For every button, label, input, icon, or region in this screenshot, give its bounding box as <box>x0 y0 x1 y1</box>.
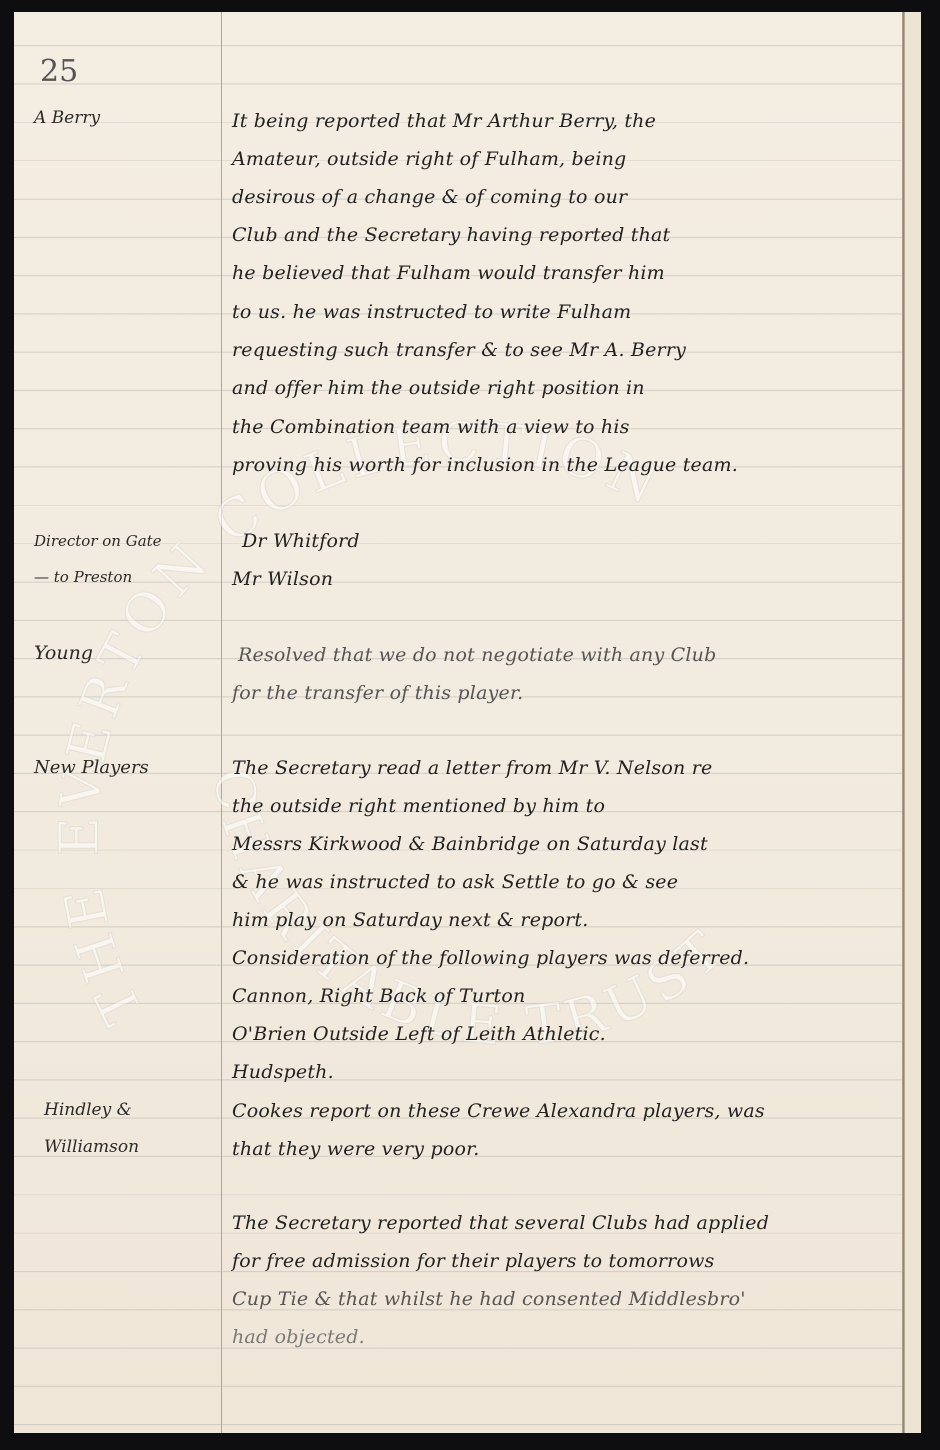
margin-note-to-preston: — to Preston <box>34 568 132 586</box>
entry-line: Cup Tie & that whilst he had consented M… <box>232 1288 746 1310</box>
entry-line: desirous of a change & of coming to our <box>232 186 627 208</box>
entry-line: for the transfer of this player. <box>232 682 523 704</box>
margin-note-williamson: Williamson <box>44 1137 139 1157</box>
entry-line: O'Brien Outside Left of Leith Athletic. <box>232 1023 606 1045</box>
margin-note-a-berry: A Berry <box>34 108 100 128</box>
margin-note-young: Young <box>34 642 93 664</box>
entry-line: Dr Whitford <box>242 530 360 552</box>
entry-line: to us. he was instructed to write Fulham <box>232 301 631 323</box>
entry-line: that they were very poor. <box>232 1138 480 1160</box>
entry-line: Consideration of the following players w… <box>232 947 749 969</box>
red-margin-rule <box>221 12 222 1433</box>
entry-line: requesting such transfer & to see Mr A. … <box>232 339 686 361</box>
entry-line: Mr Wilson <box>232 568 333 590</box>
entry-line: him play on Saturday next & report. <box>232 909 589 931</box>
entry-line: Hudspeth. <box>232 1061 334 1083</box>
margin-note-hindley: Hindley & <box>44 1100 132 1120</box>
ledger-page: THE EVERTON COLLECTION CHARITABLE TRUST … <box>14 12 921 1433</box>
page-number: 25 <box>40 54 78 89</box>
next-page-edge <box>905 12 921 1433</box>
entry-line: Messrs Kirkwood & Bainbridge on Saturday… <box>232 833 708 855</box>
entry-line: It being reported that Mr Arthur Berry, … <box>232 110 656 132</box>
entry-line: he believed that Fulham would transfer h… <box>232 262 665 284</box>
entry-line: had objected. <box>232 1326 365 1348</box>
entry-line: The Secretary read a letter from Mr V. N… <box>232 757 712 779</box>
entry-line: Amateur, outside right of Fulham, being <box>232 148 626 170</box>
entry-line: Club and the Secretary having reported t… <box>232 224 670 246</box>
entry-line: Cannon, Right Back of Turton <box>232 985 525 1007</box>
entry-line: Resolved that we do not negotiate with a… <box>238 644 716 666</box>
margin-note-new-players: New Players <box>34 757 149 778</box>
entry-line: the outside right mentioned by him to <box>232 795 605 817</box>
entry-line: Cookes report on these Crewe Alexandra p… <box>232 1100 765 1122</box>
entry-line: the Combination team with a view to his <box>232 416 630 438</box>
entry-line: and offer him the outside right position… <box>232 377 645 399</box>
margin-note-director-on-gate: Director on Gate <box>34 532 162 550</box>
entry-line: for free admission for their players to … <box>232 1250 715 1272</box>
entry-line: The Secretary reported that several Club… <box>232 1212 769 1234</box>
entry-line: & he was instructed to ask Settle to go … <box>232 871 678 893</box>
entry-line: proving his worth for inclusion in the L… <box>232 454 738 476</box>
